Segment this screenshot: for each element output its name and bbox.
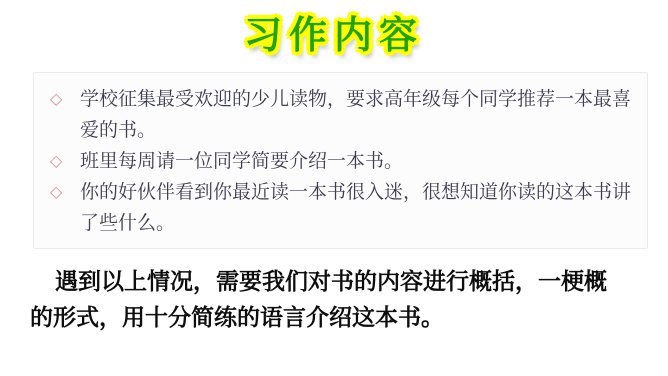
bullet-item: ◇ 你的好伙伴看到你最近读一本书很入迷，很想知道你读的这本书讲了些什么。 xyxy=(49,177,647,239)
diamond-bullet-icon: ◇ xyxy=(49,177,80,208)
bullet-text: 你的好伙伴看到你最近读一本书很入迷，很想知道你读的这本书讲了些什么。 xyxy=(80,177,640,239)
slide: 习作内容 ◇ 学校征集最受欢迎的少儿读物，要求高年级每个同学推荐一本最喜爱的书。… xyxy=(0,0,668,376)
diamond-bullet-icon: ◇ xyxy=(49,84,80,115)
bullet-item: ◇ 学校征集最受欢迎的少儿读物，要求高年级每个同学推荐一本最喜爱的书。 xyxy=(49,84,647,146)
bullet-item: ◇ 班里每周请一位同学简要介绍一本书。 xyxy=(49,146,647,177)
slide-title: 习作内容 xyxy=(0,4,668,59)
bullet-text: 学校征集最受欢迎的少儿读物，要求高年级每个同学推荐一本最喜爱的书。 xyxy=(80,84,640,146)
bullet-text: 班里每周请一位同学简要介绍一本书。 xyxy=(80,146,640,177)
content-box: ◇ 学校征集最受欢迎的少儿读物，要求高年级每个同学推荐一本最喜爱的书。 ◇ 班里… xyxy=(33,72,648,249)
summary-paragraph: 遇到以上情况，需要我们对书的内容进行概括，一梗概的形式，用十分简练的语言介绍这本… xyxy=(30,263,622,335)
diamond-bullet-icon: ◇ xyxy=(49,146,80,177)
